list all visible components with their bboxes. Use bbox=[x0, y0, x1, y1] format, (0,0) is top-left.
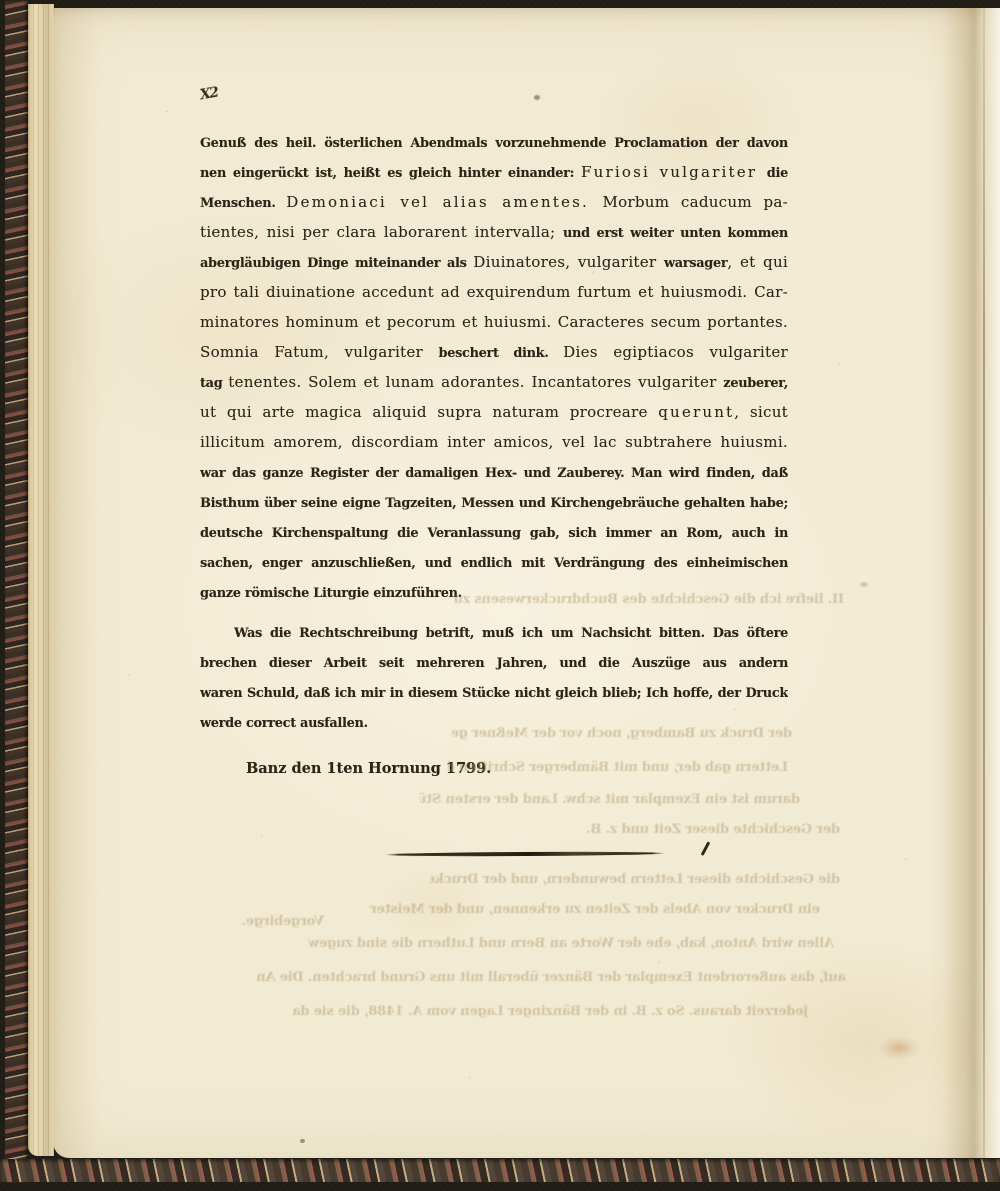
text-segment: Morbum caducum pa- bbox=[602, 193, 788, 211]
bleedthrough-line: jederzeit daraus. So z. B. in der Bänzin… bbox=[208, 1004, 808, 1019]
bleedthrough-line: II. liefre ich die Geschichte des Buchdr… bbox=[424, 592, 844, 607]
stain bbox=[300, 1139, 305, 1143]
text-segment: tenentes. Solem et lunam adorantes. Inca… bbox=[228, 373, 723, 391]
paragraph-p1: Genuß des heil. österlichen Abendmals vo… bbox=[200, 127, 788, 607]
bleedthrough-line: Vorgebirge. bbox=[214, 914, 324, 929]
paragraph-p2: Was die Rechtschreibung betrift, muß ich… bbox=[200, 617, 788, 737]
text-segment: Was die Rechtschreibung betrift, muß ich… bbox=[234, 626, 788, 647]
text-segment: brechen dieser Arbeit seit mehreren Jahr… bbox=[200, 656, 788, 677]
text-line: illicitum amorem, discordiam inter amico… bbox=[200, 427, 788, 457]
text-segment: Diuinatores, vulgariter bbox=[473, 253, 664, 271]
text-line: Menschen. Demoniaci vel alias amentes. M… bbox=[200, 187, 788, 217]
bleedthrough-line: die Geschichte dieser Lettern bewundern,… bbox=[430, 872, 840, 887]
bleedthrough-line: Allen wird Anton, kab, ehe der Worte an … bbox=[214, 936, 834, 951]
text-line: ut qui arte magica aliquid supra naturam… bbox=[200, 397, 788, 427]
text-line: Was die Rechtschreibung betrift, muß ich… bbox=[200, 617, 788, 647]
text-segment: warsager bbox=[664, 256, 727, 271]
text-line: tag tenentes. Solem et lunam adorantes. … bbox=[200, 367, 788, 397]
scanned-book-page: X2 Genuß des heil. österlichen Abendmals… bbox=[0, 0, 1000, 1191]
text-line: abergläubigen Dinge miteinander als Diui… bbox=[200, 247, 788, 277]
text-line: deutsche Kirchenspaltung die Veranlassun… bbox=[200, 517, 788, 547]
text-segment: abergläubigen Dinge miteinander als bbox=[200, 256, 473, 271]
text-line: brechen dieser Arbeit seit mehreren Jahr… bbox=[200, 647, 788, 677]
bleedthrough-line: der Druck zu Bamberg, noch vor der Meßne… bbox=[452, 726, 792, 741]
text-block: Genuß des heil. österlichen Abendmals vo… bbox=[200, 127, 788, 783]
signature-mark: X2 bbox=[199, 85, 219, 104]
text-segment: Demoniaci vel alias amentes. bbox=[286, 193, 602, 211]
text-segment: Dies egiptiacos vulgariter bbox=[563, 343, 788, 361]
page-fold-line bbox=[983, 8, 985, 1158]
stain bbox=[534, 95, 540, 100]
text-segment: minatores hominum et pecorum et huiusmi.… bbox=[200, 313, 788, 331]
text-line: Bisthum über seine eigne Tagzeiten, Mess… bbox=[200, 487, 788, 517]
text-segment: ut qui arte magica aliquid supra naturam… bbox=[200, 403, 658, 421]
bleedthrough-line: Lettern gab der, und mit Bämberger Schri… bbox=[448, 760, 788, 775]
text-segment: Somnia Fatum, vulgariter bbox=[200, 343, 439, 361]
text-segment: Furiosi vulgariter bbox=[581, 163, 767, 181]
bleedthrough-line: auf, das außerordent Exemplar der Bänzer… bbox=[206, 970, 846, 985]
text-line: sachen, enger anzuschließen, und endlich… bbox=[200, 547, 788, 577]
text-segment: zeuberer, bbox=[723, 376, 788, 391]
text-segment: waren Schuld, daß ich mir in diesem Stüc… bbox=[200, 686, 788, 701]
text-line: minatores hominum et pecorum et huiusmi.… bbox=[200, 307, 788, 337]
text-segment: Genuß des heil. österlichen Abendmals vo… bbox=[200, 136, 788, 157]
marbled-cover-edge-left bbox=[5, 0, 28, 1183]
text-segment: war das ganze Register der damaligen Hex… bbox=[200, 466, 788, 487]
bleedthrough-line: darum ist ein Exemplar mit schw. Land de… bbox=[420, 792, 800, 807]
text-segment: deutsche Kirchenspaltung die Veranlassun… bbox=[200, 526, 788, 547]
text-segment: werde correct ausfallen. bbox=[200, 716, 368, 731]
bleedthrough-line: der Geschichte dieser Zeit und z. B. bbox=[540, 822, 840, 837]
text-line: waren Schuld, daß ich mir in diesem Stüc… bbox=[200, 677, 788, 707]
text-line: Somnia Fatum, vulgariter beschert dink. … bbox=[200, 337, 788, 367]
text-line: nen eingerückt ist, heißt es gleich hint… bbox=[200, 157, 788, 187]
text-segment: ganze römische Liturgie einzuführen. bbox=[200, 586, 462, 601]
text-line: war das ganze Register der damaligen Hex… bbox=[200, 457, 788, 487]
text-line: tientes, nisi per clara laborarent inter… bbox=[200, 217, 788, 247]
text-segment: querunt bbox=[658, 403, 734, 421]
text-segment: pro tali diuinatione accedunt ad exquire… bbox=[200, 283, 788, 301]
text-line: pro tali diuinatione accedunt ad exquire… bbox=[200, 277, 788, 307]
text-segment: beschert dink. bbox=[439, 346, 564, 361]
text-segment: sachen, enger anzuschließen, und endlich… bbox=[200, 556, 788, 577]
text-segment: Menschen. bbox=[200, 196, 286, 211]
stain bbox=[878, 1036, 920, 1060]
text-segment: tientes, nisi per clara laborarent inter… bbox=[200, 223, 563, 241]
text-segment: Bisthum über seine eigne Tagzeiten, Mess… bbox=[200, 496, 788, 517]
bleedthrough-line: ein Drucker von Abels der Zeiten zu erke… bbox=[300, 902, 820, 917]
marbled-cover-edge-bottom bbox=[0, 1159, 1000, 1182]
text-segment: nen eingerückt ist, heißt es gleich hint… bbox=[200, 166, 581, 181]
text-line: Genuß des heil. österlichen Abendmals vo… bbox=[200, 127, 788, 157]
stain bbox=[860, 582, 868, 587]
text-segment: tag bbox=[200, 376, 228, 391]
page-edge-stack bbox=[28, 4, 54, 1156]
text-segment: illicitum amorem, discordiam inter amico… bbox=[200, 433, 788, 451]
